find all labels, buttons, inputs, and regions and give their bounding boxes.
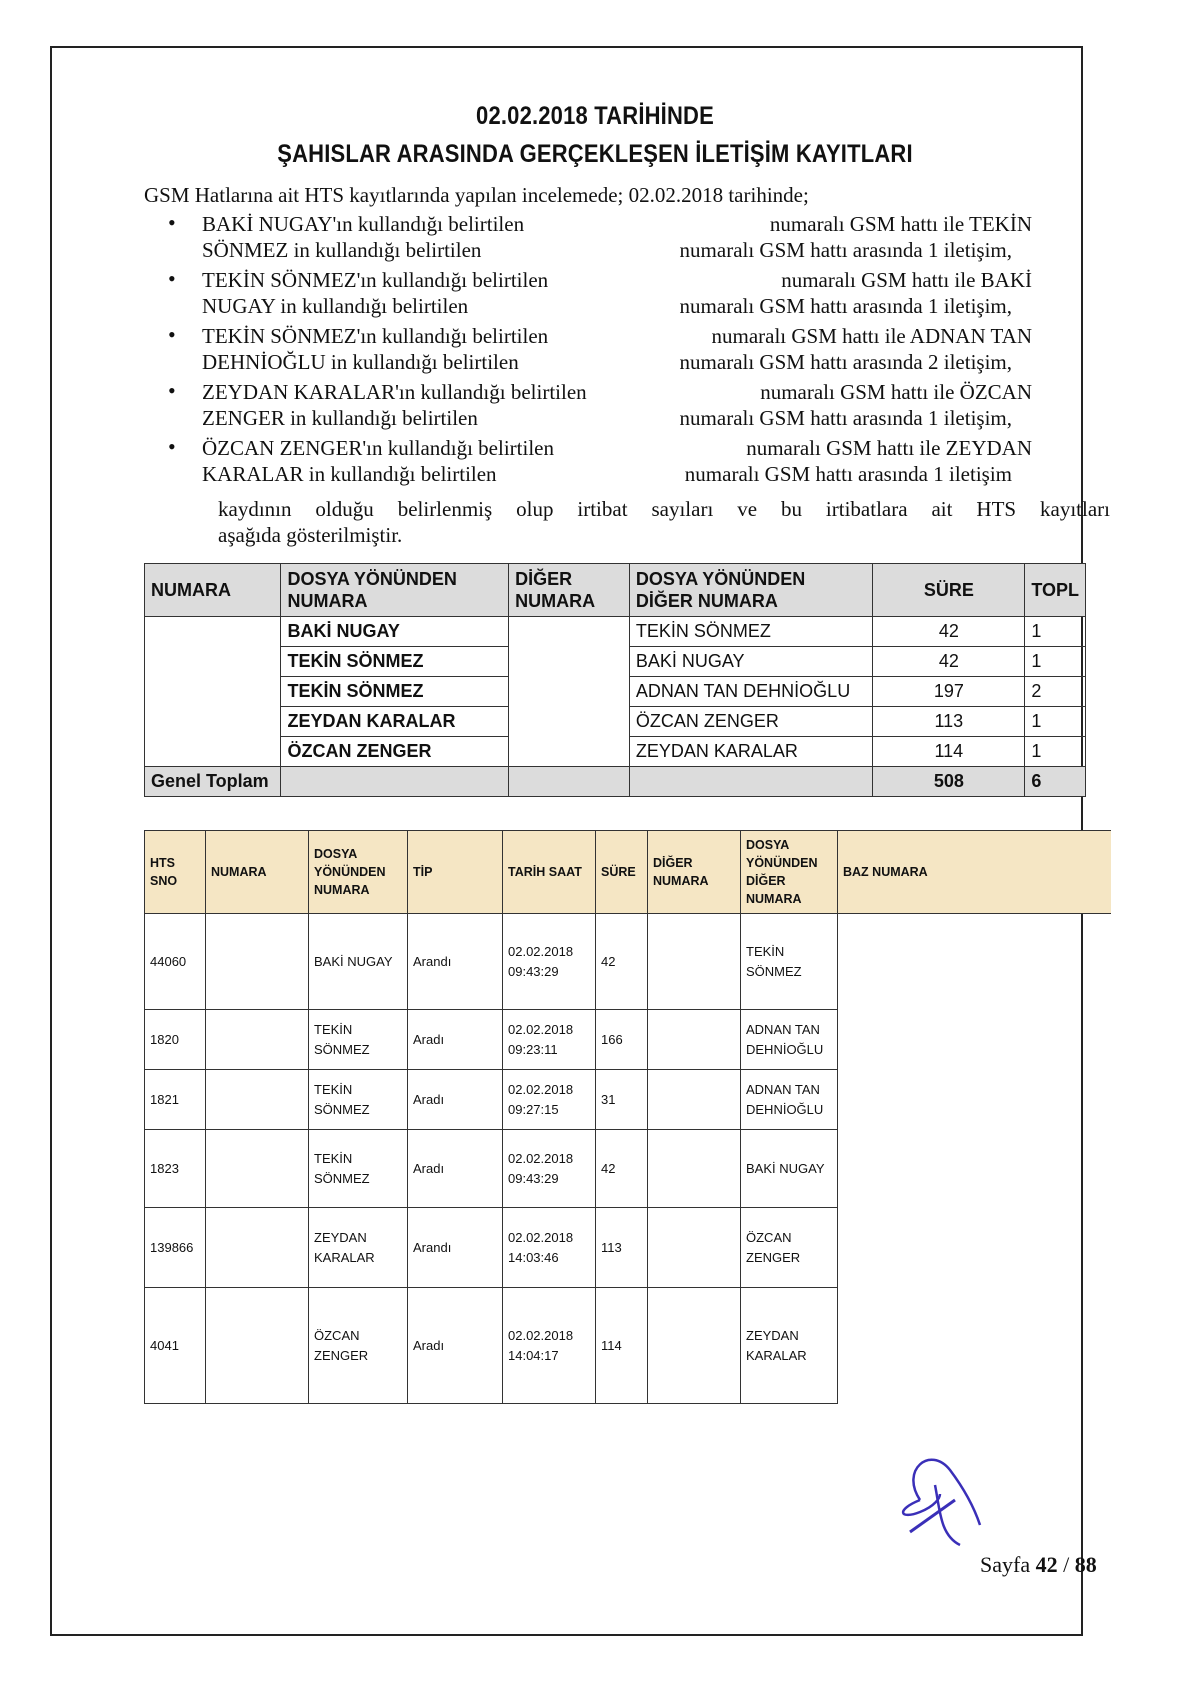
saat: 14:04:17: [508, 1348, 559, 1363]
bullet-line1-left: BAKİ NUGAY'ın kullandığı belirtilen: [202, 212, 524, 237]
bullet-line1-left: ÖZCAN ZENGER'ın kullandığı belirtilen: [202, 436, 554, 461]
tarih: 02.02.2018: [508, 944, 573, 959]
page-total: 88: [1075, 1552, 1097, 1577]
col-header-numara: NUMARA: [145, 564, 281, 617]
saat: 09:43:29: [508, 1171, 559, 1186]
tip-cell: Aradı: [408, 1010, 503, 1070]
saat: 09:43:29: [508, 964, 559, 979]
topl-cell: 1: [1025, 617, 1086, 647]
bullet-line2-right: numaralı GSM hattı arasında 1 iletişim,: [680, 294, 1012, 319]
tip-cell: Arandı: [408, 1208, 503, 1288]
bullet-line2-left: ZENGER in kullandığı belirtilen: [202, 406, 478, 431]
bullet-dot-icon: •: [168, 378, 176, 404]
col-header-numara: NUMARA: [206, 831, 309, 914]
diger-numara-cell: [648, 1288, 741, 1404]
intro-text: GSM Hatlarına ait HTS kayıtlarında yapıl…: [144, 183, 809, 208]
col-header-tarih-saat: TARİH SAAT: [503, 831, 596, 914]
hts-row: 1823TEKİN SÖNMEZAradı02.02.201809:43:294…: [145, 1130, 1112, 1208]
dosya-diger-cell: TEKİN SÖNMEZ: [741, 914, 838, 1010]
dosya-numara-cell: TEKİN SÖNMEZ: [281, 647, 509, 677]
col-header-topl: TOPL: [1025, 564, 1086, 617]
hts-row: 1821TEKİN SÖNMEZAradı02.02.201809:27:153…: [145, 1070, 1112, 1130]
dosya-numara-cell: ZEYDAN KARALAR: [281, 707, 509, 737]
numara-cell: [206, 1130, 309, 1208]
dosya-diger-cell: ZEYDAN KARALAR: [741, 1288, 838, 1404]
total-sure: 508: [873, 767, 1025, 797]
tip-cell: Aradı: [408, 1288, 503, 1404]
dosya-numara-cell: BAKİ NUGAY: [281, 617, 509, 647]
sure-cell: 113: [873, 707, 1025, 737]
bullet-line2-left: KARALAR in kullandığı belirtilen: [202, 462, 497, 487]
hts-row: 139866ZEYDAN KARALARArandı02.02.201814:0…: [145, 1208, 1112, 1288]
col-header-diger-numara: DİĞER NUMARA: [648, 831, 741, 914]
summary-table: NUMARA DOSYA YÖNÜNDEN NUMARA DİĞER NUMAR…: [144, 563, 1086, 797]
bullet-line2-left: DEHNİOĞLU in kullandığı belirtilen: [202, 350, 519, 375]
tarih: 02.02.2018: [508, 1230, 573, 1245]
dosya-diger-cell: TEKİN SÖNMEZ: [629, 617, 873, 647]
saat: 09:27:15: [508, 1102, 559, 1117]
bullet-line1-left: TEKİN SÖNMEZ'ın kullandığı belirtilen: [202, 324, 548, 349]
bullet-line2-right: numaralı GSM hattı arasında 1 iletişim,: [680, 238, 1012, 263]
bullet-dot-icon: •: [168, 266, 176, 292]
page-separator: /: [1063, 1552, 1069, 1577]
total-empty-cell: [629, 767, 873, 797]
total-label: Genel Toplam: [145, 767, 281, 797]
sno-cell: 1823: [145, 1130, 206, 1208]
sure-cell: 31: [596, 1070, 648, 1130]
sure-cell: 113: [596, 1208, 648, 1288]
bullet-line2-left: NUGAY in kullandığı belirtilen: [202, 294, 468, 319]
col-header-dosya-yonunden-diger-numara: DOSYA YÖNÜNDEN DİĞER NUMARA: [629, 564, 873, 617]
col-header-sure: SÜRE: [873, 564, 1025, 617]
saat: 14:03:46: [508, 1250, 559, 1265]
bullet-dot-icon: •: [168, 322, 176, 348]
dosya-numara-cell: BAKİ NUGAY: [309, 914, 408, 1010]
sno-cell: 44060: [145, 914, 206, 1010]
sure-cell: 166: [596, 1010, 648, 1070]
dosya-numara-cell: TEKİN SÖNMEZ: [309, 1130, 408, 1208]
col-header-hts-sno: HTS SNO: [145, 831, 206, 914]
topl-cell: 2: [1025, 677, 1086, 707]
signature-icon: [880, 1450, 990, 1565]
col-header-tip: TİP: [408, 831, 503, 914]
col-header-sure: SÜRE: [596, 831, 648, 914]
total-topl: 6: [1025, 767, 1086, 797]
total-empty-cell: [509, 767, 630, 797]
numara-cell: [145, 617, 281, 767]
total-empty-cell: [281, 767, 509, 797]
hts-row: 44060BAKİ NUGAYArandı02.02.201809:43:294…: [145, 914, 1112, 1010]
hts-row: 4041ÖZCAN ZENGERAradı02.02.201814:04:171…: [145, 1288, 1112, 1404]
tip-cell: Aradı: [408, 1070, 503, 1130]
dosya-diger-cell: BAKİ NUGAY: [741, 1130, 838, 1208]
numara-cell: [206, 1288, 309, 1404]
dosya-numara-cell: ZEYDAN KARALAR: [309, 1208, 408, 1288]
dosya-numara-cell: TEKİN SÖNMEZ: [281, 677, 509, 707]
tarih-saat-cell: 02.02.201814:03:46: [503, 1208, 596, 1288]
numara-cell: [206, 914, 309, 1010]
dosya-numara-cell: ÖZCAN ZENGER: [281, 737, 509, 767]
bullet-line2-left: SÖNMEZ in kullandığı belirtilen: [202, 238, 481, 263]
tarih: 02.02.2018: [508, 1151, 573, 1166]
col-header-dosya-yonunden-diger-numara: DOSYA YÖNÜNDEN DİĞER NUMARA: [741, 831, 838, 914]
summary-row: BAKİ NUGAYTEKİN SÖNMEZ421: [145, 617, 1086, 647]
bullet-line1-right: numaralı GSM hattı ile TEKİN: [770, 212, 1032, 237]
hts-records-table: HTS SNO NUMARA DOSYA YÖNÜNDEN NUMARA TİP…: [144, 830, 1111, 1404]
tarih: 02.02.2018: [508, 1328, 573, 1343]
page-title-line2: ŞAHISLAR ARASINDA GERÇEKLEŞEN İLETİŞİM K…: [71, 140, 1118, 169]
diger-numara-cell: [648, 1208, 741, 1288]
sure-cell: 114: [596, 1288, 648, 1404]
tip-cell: Arandı: [408, 914, 503, 1010]
bullet-line1-right: numaralı GSM hattı ile ZEYDAN: [746, 436, 1032, 461]
col-header-baz-numara: BAZ NUMARA: [838, 831, 1112, 914]
dosya-numara-cell: TEKİN SÖNMEZ: [309, 1010, 408, 1070]
bullet-line1-right: numaralı GSM hattı ile ADNAN TAN: [712, 324, 1033, 349]
diger-numara-cell: [648, 1010, 741, 1070]
col-header-dosya-yonunden-numara: DOSYA YÖNÜNDEN NUMARA: [309, 831, 408, 914]
dosya-diger-cell: ÖZCAN ZENGER: [629, 707, 873, 737]
bullet-line1-right: numaralı GSM hattı ile ÖZCAN: [760, 380, 1032, 405]
bullet-dot-icon: •: [168, 210, 176, 236]
dosya-diger-cell: ADNAN TAN DEHNİOĞLU: [629, 677, 873, 707]
sno-cell: 1821: [145, 1070, 206, 1130]
sno-cell: 4041: [145, 1288, 206, 1404]
col-header-diger-numara: DİĞER NUMARA: [509, 564, 630, 617]
topl-cell: 1: [1025, 707, 1086, 737]
tarih: 02.02.2018: [508, 1082, 573, 1097]
bullet-line1-right: numaralı GSM hattı ile BAKİ: [781, 268, 1032, 293]
tarih-saat-cell: 02.02.201809:43:29: [503, 914, 596, 1010]
diger-numara-cell: [648, 914, 741, 1010]
page-title-line1: 02.02.2018 TARİHİNDE: [71, 102, 1118, 131]
page-current: 42: [1036, 1552, 1058, 1577]
sure-cell: 42: [873, 617, 1025, 647]
tip-cell: Aradı: [408, 1130, 503, 1208]
dosya-diger-cell: ADNAN TAN DEHNİOĞLU: [741, 1070, 838, 1130]
tarih: 02.02.2018: [508, 1022, 573, 1037]
dosya-diger-cell: BAKİ NUGAY: [629, 647, 873, 677]
topl-cell: 1: [1025, 647, 1086, 677]
tarih-saat-cell: 02.02.201809:43:29: [503, 1130, 596, 1208]
dosya-diger-cell: ADNAN TAN DEHNİOĞLU: [741, 1010, 838, 1070]
sno-cell: 139866: [145, 1208, 206, 1288]
bullet-line2-right: numaralı GSM hattı arasında 1 iletişim: [685, 462, 1012, 487]
bullet-dot-icon: •: [168, 434, 176, 460]
sno-cell: 1820: [145, 1010, 206, 1070]
bullet-line2-right: numaralı GSM hattı arasında 1 iletişim,: [680, 406, 1012, 431]
dosya-diger-cell: ZEYDAN KARALAR: [629, 737, 873, 767]
col-header-dosya-yonunden-numara: DOSYA YÖNÜNDEN NUMARA: [281, 564, 509, 617]
sure-cell: 197: [873, 677, 1025, 707]
tarih-saat-cell: 02.02.201809:27:15: [503, 1070, 596, 1130]
total-row: Genel Toplam 508 6: [145, 767, 1086, 797]
bullet-line1-left: ZEYDAN KARALAR'ın kullandığı belirtilen: [202, 380, 587, 405]
bullet-line1-left: TEKİN SÖNMEZ'ın kullandığı belirtilen: [202, 268, 548, 293]
numara-cell: [206, 1208, 309, 1288]
numara-cell: [206, 1070, 309, 1130]
page-number: Sayfa 42 / 88: [980, 1552, 1097, 1578]
tarih-saat-cell: 02.02.201814:04:17: [503, 1288, 596, 1404]
dosya-diger-cell: ÖZCAN ZENGER: [741, 1208, 838, 1288]
page-prefix: Sayfa: [980, 1552, 1030, 1577]
diger-numara-cell: [648, 1130, 741, 1208]
saat: 09:23:11: [508, 1042, 558, 1057]
tarih-saat-cell: 02.02.201809:23:11: [503, 1010, 596, 1070]
sure-cell: 114: [873, 737, 1025, 767]
conclusion-line1: kaydının olduğu belirlenmiş olup irtibat…: [218, 497, 1110, 522]
sure-cell: 42: [596, 1130, 648, 1208]
dosya-numara-cell: ÖZCAN ZENGER: [309, 1288, 408, 1404]
conclusion-line2: aşağıda gösterilmiştir.: [218, 523, 402, 548]
numara-cell: [206, 1010, 309, 1070]
bullet-line2-right: numaralı GSM hattı arasında 2 iletişim,: [680, 350, 1012, 375]
hts-row: 1820TEKİN SÖNMEZAradı02.02.201809:23:111…: [145, 1010, 1112, 1070]
diger-numara-cell: [648, 1070, 741, 1130]
sure-cell: 42: [596, 914, 648, 1010]
dosya-numara-cell: TEKİN SÖNMEZ: [309, 1070, 408, 1130]
diger-numara-cell: [509, 617, 630, 767]
topl-cell: 1: [1025, 737, 1086, 767]
sure-cell: 42: [873, 647, 1025, 677]
